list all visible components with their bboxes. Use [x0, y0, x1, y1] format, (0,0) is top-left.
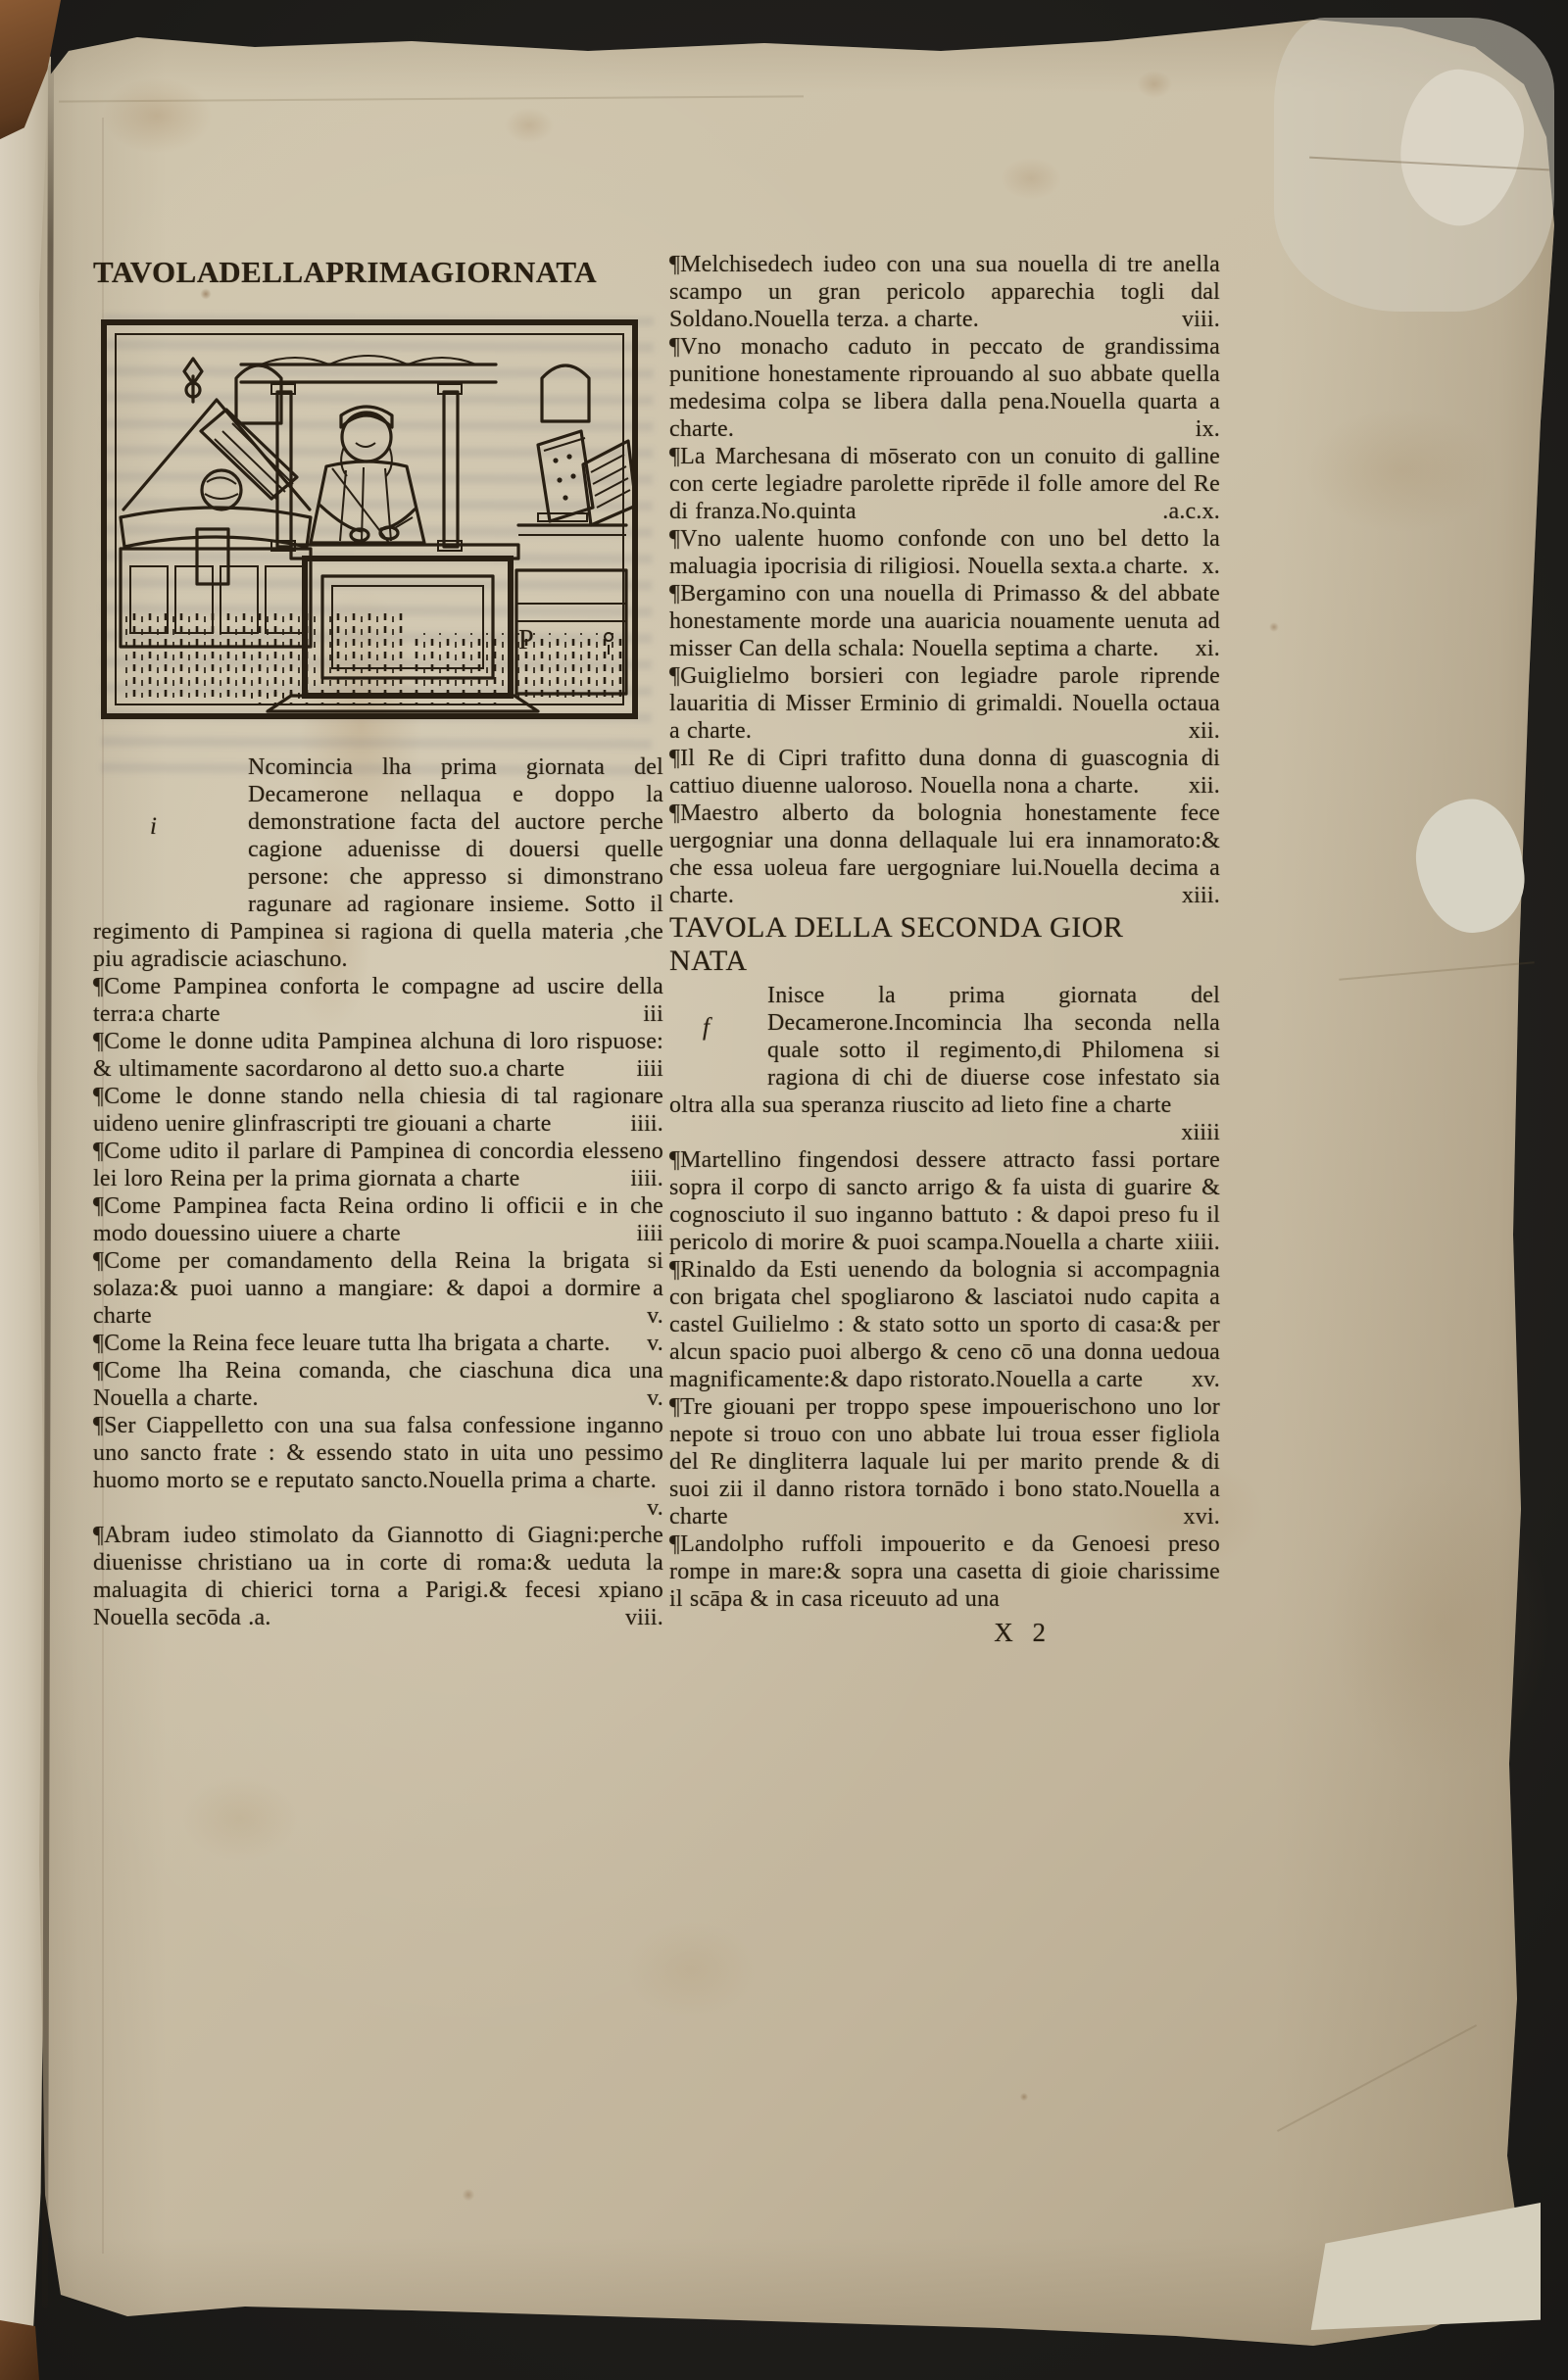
guide-letter-i: i [150, 814, 248, 839]
initial-letter-space: f [669, 982, 767, 1092]
folio-number: v. [647, 1330, 663, 1357]
toc-entry-text: ¶Come Pampinea conforta le compagne ad u… [93, 974, 663, 1027]
folio-number: xiiii. [1175, 1229, 1220, 1256]
toc-entry-text: ¶Come Pampinea facta Reina ordino li off… [93, 1193, 663, 1246]
folio-number: xii. [1189, 717, 1220, 745]
toc-entry-text: ¶Guiglielmo borsieri con legiadre parole… [669, 663, 1220, 744]
toc-entry-text: ¶Abram iudeo stimolato da Giannotto di G… [93, 1523, 663, 1630]
toc-entry: ¶Come Pampinea facta Reina ordino li off… [93, 1192, 663, 1247]
toc-entry: ¶Maestro alberto da bolognia honestament… [669, 800, 1220, 909]
folio-number: xv. [1192, 1366, 1220, 1393]
toc-entry-text: ¶Vno ualente huomo confonde con uno bel … [669, 526, 1220, 579]
toc-entry: ¶Come lha Reina comanda, che ciaschuna d… [93, 1357, 663, 1412]
toc-entry-text: ¶Come la Reina fece leuare tutta lha bri… [93, 1331, 611, 1356]
section-heading-line: NATA [669, 945, 1220, 978]
toc-entry: ¶Come la Reina fece leuare tutta lha bri… [93, 1330, 663, 1357]
toc-entry: ¶Come per comandamento della Reina la br… [93, 1247, 663, 1330]
toc-entry: ¶Ser Ciappelletto con una sua falsa conf… [93, 1412, 663, 1522]
toc-entry: ¶Landolpho ruffoli impouerito e da Genoe… [669, 1530, 1220, 1613]
toc-entry-text: ¶Come per comandamento della Reina la br… [93, 1248, 663, 1329]
toc-entry-text: ¶Rinaldo da Esti uenendo da bolognia si … [669, 1257, 1220, 1392]
toc-entry-text: ¶Maestro alberto da bolognia honestament… [669, 801, 1220, 908]
woodcut-illustration: P [99, 317, 663, 728]
page-title: TAVOLA DELLA PRIMA GIORNATA [93, 255, 663, 290]
toc-entry: ¶Vno ualente huomo confonde con uno bel … [669, 525, 1220, 580]
binding-leather-bottom [0, 2320, 39, 2380]
folio-number: viii. [625, 1604, 663, 1631]
folio-number: xiii. [1182, 882, 1220, 909]
folio-number: iii [643, 1000, 663, 1028]
folio-number: v. [647, 1384, 663, 1412]
toc-entry-text: ¶Ser Ciappelletto con una sua falsa conf… [93, 1413, 663, 1493]
toc-list-day1-left: ¶Come Pampinea conforta le compagne ad u… [93, 973, 663, 1631]
toc-entry-text: ¶Vno monacho caduto in peccato de grandi… [669, 334, 1220, 442]
folio-number: iiii. [630, 1165, 663, 1192]
toc-entry: ¶Abram iudeo stimolato da Giannotto di G… [93, 1522, 663, 1631]
tavola2-intro: fInisce la prima giornata del Decamerone… [669, 982, 1220, 1146]
folio-number: iiii. [630, 1110, 663, 1138]
toc-entry: ¶Il Re di Cipri trafitto duna donna di g… [669, 745, 1220, 800]
toc-entry: ¶Guiglielmo borsieri con legiadre parole… [669, 662, 1220, 745]
toc-entry-text: ¶Come le donne udita Pampinea alchuna di… [93, 1029, 663, 1082]
folio-number: v. [647, 1302, 663, 1330]
folio-number: viii. [1182, 306, 1220, 333]
guide-letter-f: f [703, 1015, 767, 1040]
toc-entry: ¶Tre giouani per troppo spese impouerisc… [669, 1393, 1220, 1530]
folio-number: ix. [1196, 415, 1220, 443]
author-writing-woodcut-image: P [99, 317, 640, 721]
toc-entry-text: ¶Martellino fingendosi dessere attracto … [669, 1147, 1220, 1255]
toc-entry: ¶Bergamino con una nouella di Primasso &… [669, 580, 1220, 662]
folio-number: iiii [637, 1055, 663, 1083]
toc-entry-text: ¶Il Re di Cipri trafitto duna donna di g… [669, 746, 1220, 799]
toc-entry-text: ¶Come lha Reina comanda, che ciaschuna d… [93, 1358, 663, 1411]
folio-number: iiii [637, 1220, 663, 1247]
toc-entry: ¶Come Pampinea conforta le compagne ad u… [93, 973, 663, 1028]
toc-entry-text: ¶Come udito il parlare di Pampinea di co… [93, 1139, 663, 1191]
right-column: ¶Melchisedech iudeo con una sua nouella … [669, 251, 1220, 1646]
folio-number: .a.c.x. [1162, 498, 1220, 525]
toc-entry: ¶Come le donne udita Pampinea alchuna di… [93, 1028, 663, 1083]
folio-number: xii. [1189, 772, 1220, 800]
toc-entry-text: ¶Tre giouani per troppo spese impouerisc… [669, 1394, 1220, 1530]
signature-mark: X 2 [669, 1619, 1220, 1646]
toc-entry: ¶Come le donne stando nella chiesia di t… [93, 1083, 663, 1138]
toc-list-day1-right: ¶Melchisedech iudeo con una sua nouella … [669, 251, 1220, 909]
toc-entry: ¶Rinaldo da Esti uenendo da bolognia si … [669, 1256, 1220, 1393]
toc-list-day2: ¶Martellino fingendosi dessere attracto … [669, 1146, 1220, 1613]
toc-entry-text: ¶Bergamino con una nouella di Primasso &… [669, 581, 1220, 661]
toc-entry-text: ¶Landolpho ruffoli impouerito e da Genoe… [669, 1531, 1220, 1612]
folio-number: xi. [1196, 635, 1220, 662]
toc-entry: ¶Martellino fingendosi dessere attracto … [669, 1146, 1220, 1256]
left-column: TAVOLA DELLA PRIMA GIORNATA [93, 255, 663, 1631]
folio-number: xvi. [1184, 1503, 1220, 1530]
folio-number: x. [1202, 553, 1220, 580]
tavola1-intro: iNcomincia lha prima giornata del Decame… [93, 753, 663, 973]
folio-number: v. [647, 1494, 663, 1522]
toc-entry: ¶Vno monacho caduto in peccato de grandi… [669, 333, 1220, 443]
toc-entry-text: ¶Come le donne stando nella chiesia di t… [93, 1084, 663, 1137]
toc-entry: ¶Melchisedech iudeo con una sua nouella … [669, 251, 1220, 333]
initial-letter-space: i [93, 753, 248, 918]
section-heading-day2: TAVOLA DELLA SECONDA GIOR NATA [669, 911, 1220, 978]
folio-number: xiiii [1181, 1119, 1220, 1146]
toc-entry: ¶La Marchesana di mōserato con un conuit… [669, 443, 1220, 525]
woodcut-letter-p: P [518, 625, 534, 656]
toc-entry-text: ¶Melchisedech iudeo con una sua nouella … [669, 252, 1220, 332]
section-heading-line: TAVOLA DELLA SECONDA GIOR [669, 911, 1220, 945]
toc-entry-text: ¶La Marchesana di mōserato con un conuit… [669, 444, 1220, 524]
toc-entry: ¶Come udito il parlare di Pampinea di co… [93, 1138, 663, 1192]
